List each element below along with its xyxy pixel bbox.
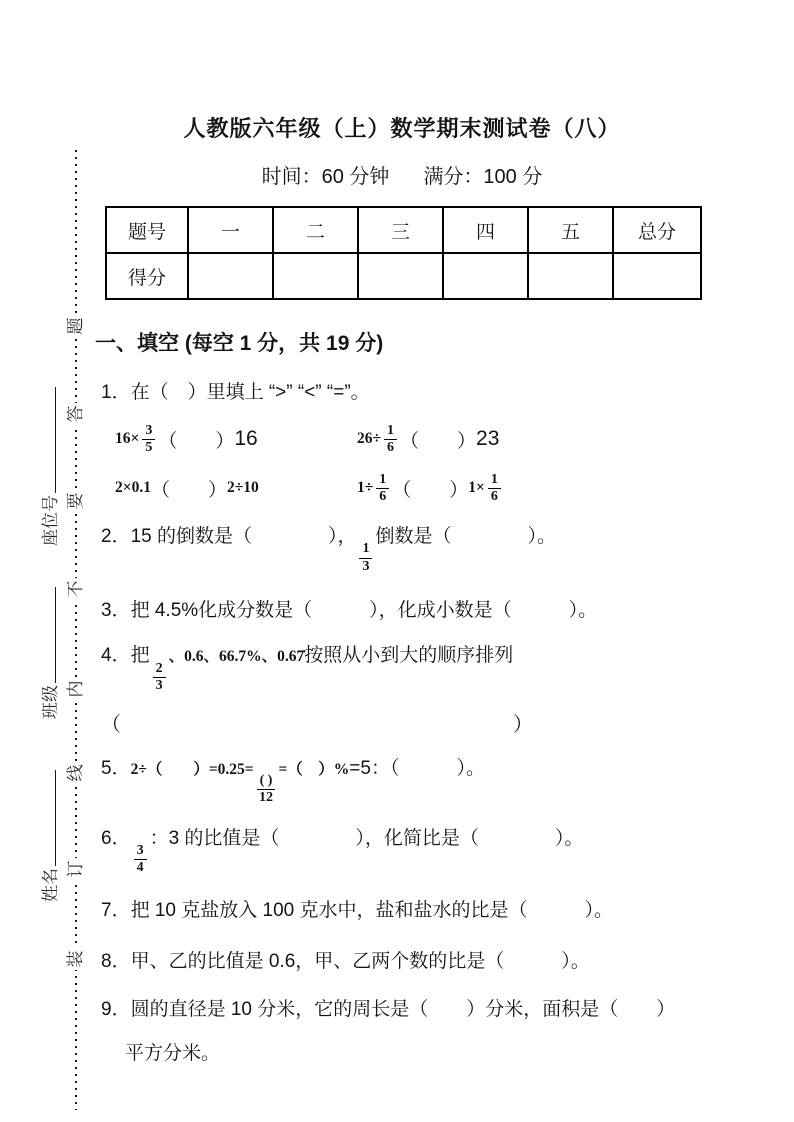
q1-item-3: 2×0.1 （ ） 2÷10 (115, 475, 357, 502)
math-text: 16× (115, 430, 139, 448)
class-field: 班级 (36, 577, 60, 719)
math-text: 26÷ (357, 430, 381, 448)
score-header-cell: 二 (273, 207, 358, 253)
q4-answer-line: （） (95, 708, 709, 737)
name-field: 姓名 (36, 760, 60, 902)
question-text: 5． (101, 758, 131, 779)
paper-title: 人教版六年级（上）数学期末测试卷（八） (95, 112, 709, 143)
answer-blank: （ ） (158, 426, 234, 453)
seat-number-blank (41, 387, 56, 493)
score-cell (613, 253, 701, 299)
answer-blank-close: ） (513, 714, 533, 736)
question-5: 5．2÷（ ）=0.25=( )12=（ ）%=5：（ ）。 (95, 755, 709, 807)
q1-item-2: 26÷16 （ ） 23 (357, 423, 499, 456)
math-text: 、0.6、66.7%、0.67̇ (169, 648, 305, 665)
paper-content: 人教版六年级（上）数学期末测试卷（八） 时间：60 分钟满分：100 分 题号 … (95, 0, 709, 1067)
seat-number-field: 座位号 (36, 376, 60, 546)
question-text: 2．15 的倒数是（ ）， (101, 526, 356, 547)
answer-blank-open: （ (101, 714, 121, 736)
score-cell (528, 253, 613, 299)
binding-char: 装 (65, 948, 87, 970)
binding-char: 要 (65, 490, 87, 512)
score-cell (358, 253, 443, 299)
binding-char: 订 (65, 858, 87, 880)
question-text: 倒数是（ ）。 (375, 526, 556, 547)
score-cell (443, 253, 528, 299)
test-paper-page: 题 答 要 不 内 线 订 装 座位号 班级 姓名 人教版六年级（上）数学期末测… (0, 0, 794, 1122)
q1-compare-row-1: 16×35 （ ） 16 26÷16 （ ） 23 (95, 423, 709, 456)
question-text: 4．把 (101, 645, 150, 666)
class-label: 班级 (36, 685, 61, 719)
fraction: 16 (488, 472, 501, 505)
fraction: 34 (134, 843, 147, 876)
q1-item-1: 16×35 （ ） 16 (115, 423, 357, 456)
paper-subtitle: 时间：60 分钟满分：100 分 (95, 160, 709, 189)
fraction: 16 (384, 423, 397, 456)
math-text: 1÷ (357, 479, 373, 497)
section1-heading: 一、填空 (每空 1 分，共 19 分) (95, 327, 709, 357)
fraction: 23 (153, 661, 166, 694)
question-8: 8．甲、乙的比值是 0.6，甲、乙两个数的比是（ ）。 (95, 948, 709, 976)
score-table-score-row: 得分 (106, 253, 701, 299)
question-7: 7．把 10 克盐放入 100 克水中，盐和盐水的比是（ ）。 (95, 897, 709, 925)
math-text: 2×0.1 (115, 479, 151, 497)
score-table: 题号 一 二 三 四 五 总分 得分 (105, 206, 702, 300)
score-cell (188, 253, 273, 299)
question-3: 3．把 4.5%化成分数是（ ），化成小数是（ ）。 (95, 597, 709, 625)
fraction: 13 (359, 541, 372, 574)
question-9: 9．圆的直径是 10 分米，它的周长是（ ）分米，面积是（ ） (95, 996, 709, 1024)
answer-blank: （ ） (151, 475, 227, 502)
question-2: 2．15 的倒数是（ ），13倒数是（ ）。 (95, 523, 709, 575)
score-header-cell: 题号 (106, 207, 188, 253)
question-text: 按照从小到大的顺序排列 (304, 645, 513, 666)
fraction: ( )12 (257, 773, 276, 806)
question-6: 6．34：3 的比值是（ ），化简比是（ ）。 (95, 825, 709, 877)
question-text: ：3 的比值是（ ），化简比是（ ）。 (150, 828, 584, 849)
class-blank (41, 587, 56, 683)
score-table-header-row: 题号 一 二 三 四 五 总分 (106, 207, 701, 253)
score-cell (273, 253, 358, 299)
score-row-label: 得分 (106, 253, 188, 299)
question-1: 1．在（ ）里填上 “>” “<” “=”。 (95, 379, 709, 407)
question-4: 4．把23、0.6、66.7%、0.67̇按照从小到大的顺序排列 (95, 642, 709, 694)
math-text: =（ ）% (278, 761, 349, 778)
math-text: 1× (468, 479, 485, 497)
seat-number-label: 座位号 (36, 495, 61, 546)
question-text: =5：（ ）。 (349, 758, 485, 779)
score-header-cell: 总分 (613, 207, 701, 253)
score-header-cell: 五 (528, 207, 613, 253)
score-header-cell: 一 (188, 207, 273, 253)
math-text: 23 (476, 427, 499, 451)
name-blank (41, 770, 56, 866)
math-text: 2÷（ ）=0.25= (131, 761, 254, 778)
q1-item-4: 1÷16 （ ） 1×16 (357, 472, 504, 505)
fraction: 16 (376, 472, 389, 505)
fullscore-label: 满分：100 分 (423, 166, 542, 188)
question-text: 6． (101, 828, 131, 849)
question-9-line2: 平方分米。 (95, 1040, 709, 1068)
math-text: 16 (234, 427, 257, 451)
math-text: 2÷10 (227, 479, 259, 497)
q1-compare-row-2: 2×0.1 （ ） 2÷10 1÷16 （ ） 1×16 (95, 472, 709, 505)
fraction: 35 (142, 423, 155, 456)
binding-char: 题 (65, 315, 87, 337)
binding-char: 内 (65, 678, 87, 700)
answer-blank: （ ） (400, 426, 476, 453)
score-header-cell: 四 (443, 207, 528, 253)
answer-blank: （ ） (392, 475, 468, 502)
time-label: 时间：60 分钟 (262, 166, 390, 188)
binding-char: 线 (65, 762, 87, 784)
binding-char: 不 (65, 578, 87, 600)
score-header-cell: 三 (358, 207, 443, 253)
name-label: 姓名 (36, 868, 61, 902)
binding-char: 答 (65, 403, 87, 425)
